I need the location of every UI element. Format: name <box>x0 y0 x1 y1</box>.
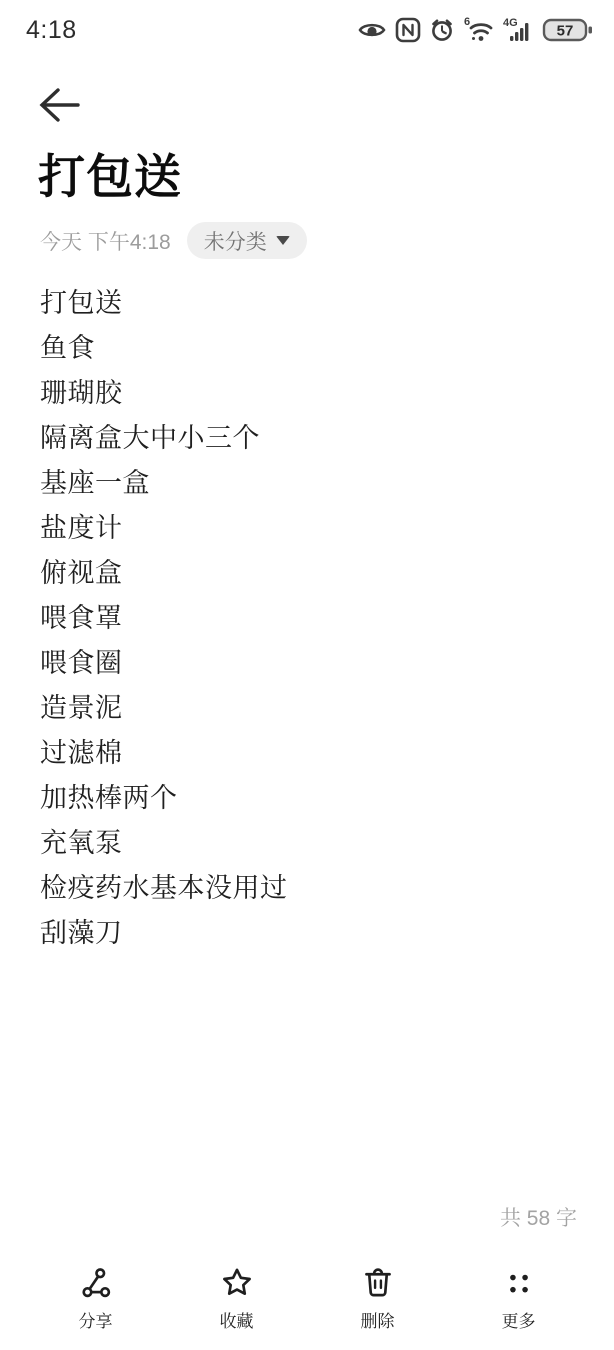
note-line[interactable]: 珊瑚胶 <box>40 371 576 416</box>
clock-time: 4:18 <box>26 16 77 45</box>
note-line[interactable]: 基座一盒 <box>40 461 576 506</box>
share-icon <box>79 1266 113 1300</box>
status-icons: 6 4G 57 <box>356 15 594 45</box>
note-line[interactable]: 刮藻刀 <box>40 911 576 956</box>
word-count: 共 58 字 <box>500 1202 577 1232</box>
chevron-down-icon <box>276 236 290 245</box>
battery-percent-label: 57 <box>557 23 574 40</box>
delete-label: 删除 <box>361 1307 395 1332</box>
note-line[interactable]: 造景泥 <box>40 686 576 731</box>
trash-icon <box>361 1266 395 1300</box>
note-line[interactable]: 隔离盒大中小三个 <box>40 416 576 461</box>
signal-icon: 4G <box>502 15 536 45</box>
note-line[interactable]: 鱼食 <box>40 326 576 371</box>
bottom-toolbar: 分享 收藏 删除 更多 <box>0 1258 614 1350</box>
note-line[interactable]: 检疫药水基本没用过 <box>40 866 576 911</box>
category-label: 未分类 <box>204 226 267 256</box>
network-type-label: 4G <box>503 17 518 29</box>
note-line[interactable]: 盐度计 <box>40 506 576 551</box>
more-icon <box>502 1266 536 1300</box>
note-line[interactable]: 过滤棉 <box>40 731 576 776</box>
wifi-gen-label: 6 <box>464 16 470 28</box>
category-selector[interactable]: 未分类 <box>187 222 307 259</box>
nfc-icon <box>394 16 422 44</box>
share-button[interactable]: 分享 <box>25 1258 166 1350</box>
share-label: 分享 <box>79 1307 113 1332</box>
note-line[interactable]: 充氧泵 <box>40 821 576 866</box>
eye-protection-icon <box>356 16 388 44</box>
back-button[interactable] <box>36 86 82 128</box>
note-line[interactable]: 喂食圈 <box>40 641 576 686</box>
note-line[interactable]: 加热棒两个 <box>40 776 576 821</box>
note-line[interactable]: 俯视盒 <box>40 551 576 596</box>
more-label: 更多 <box>502 1307 536 1332</box>
note-line[interactable]: 打包送 <box>40 281 576 326</box>
battery-icon: 57 <box>542 16 594 44</box>
star-icon <box>219 1266 255 1300</box>
favorite-label: 收藏 <box>220 1307 254 1332</box>
status-bar: 4:18 6 <box>0 0 614 54</box>
note-line[interactable]: 喂食罩 <box>40 596 576 641</box>
wifi-icon: 6 <box>462 15 496 45</box>
more-button[interactable]: 更多 <box>448 1258 589 1350</box>
alarm-icon <box>428 16 456 44</box>
note-meta-row: 今天 下午4:18 未分类 <box>40 222 576 259</box>
note-body[interactable]: 打包送鱼食珊瑚胶隔离盒大中小三个基座一盒盐度计俯视盒喂食罩喂食圈造景泥过滤棉加热… <box>40 281 576 956</box>
favorite-button[interactable]: 收藏 <box>166 1258 307 1350</box>
note-date: 今天 下午4:18 <box>40 226 171 256</box>
delete-button[interactable]: 删除 <box>307 1258 448 1350</box>
note-title[interactable]: 打包送 <box>38 148 576 206</box>
back-arrow-icon <box>36 86 82 129</box>
